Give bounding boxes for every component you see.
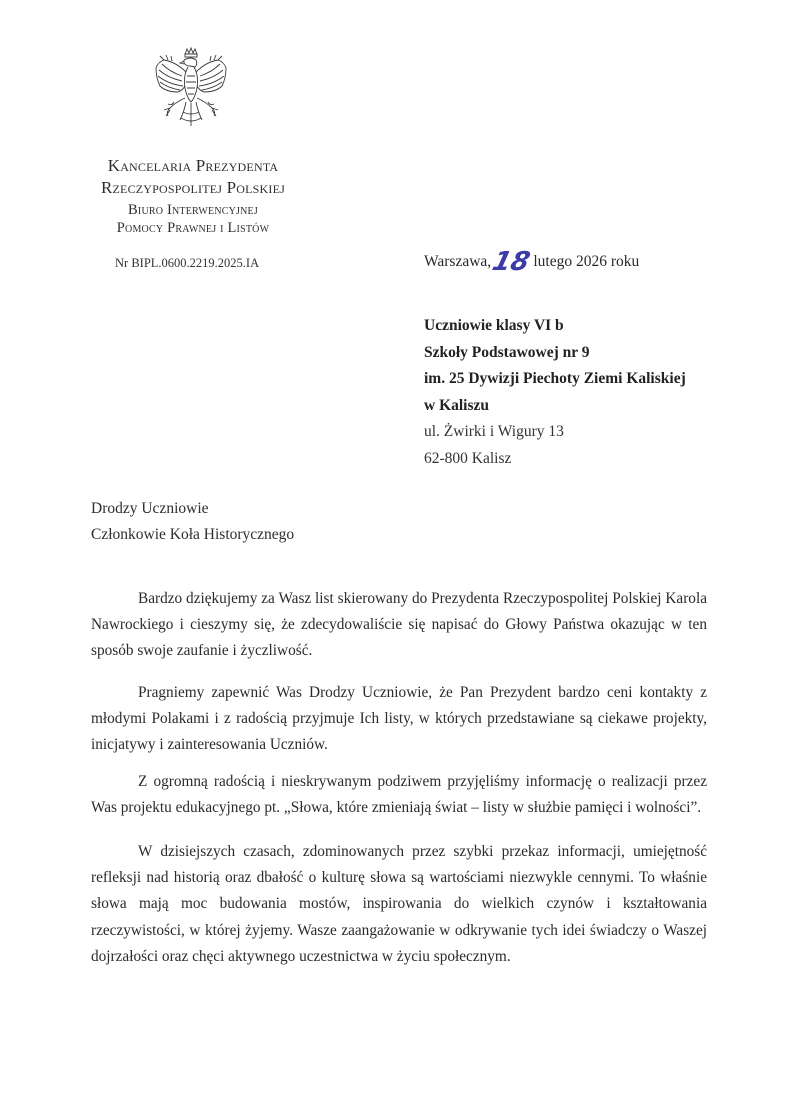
- letter-paragraph-1: Bardzo dziękujemy za Wasz list skierowan…: [91, 586, 707, 665]
- paragraph-text: W dzisiejszych czasach, zdominowanych pr…: [91, 839, 707, 970]
- letter-paragraph-2: Pragniemy zapewnić Was Drodzy Uczniowie,…: [91, 680, 707, 759]
- date-place: Warszawa,: [424, 253, 491, 270]
- letter-paragraph-3: Z ogromną radością i nieskrywanym podziw…: [91, 769, 707, 821]
- institution-name-line-1: Kancelaria Prezydenta: [70, 156, 316, 176]
- paragraph-text: Bardzo dziękujemy za Wasz list skierowan…: [91, 586, 707, 665]
- paragraph-text: Z ogromną radością i nieskrywanym podziw…: [91, 769, 707, 821]
- recipient-street: ul. Żwirki i Wigury 13: [424, 419, 686, 446]
- salutation-line: Członkowie Koła Historycznego: [91, 522, 294, 548]
- handwritten-day: 18: [492, 257, 531, 267]
- recipient-address-block: Uczniowie klasy VI b Szkoły Podstawowej …: [424, 313, 686, 472]
- polish-eagle-emblem-icon: [150, 46, 232, 138]
- date-line: Warszawa,18lutego 2026 roku: [424, 253, 639, 271]
- reference-number: Nr BIPL.0600.2219.2025.IA: [115, 256, 259, 271]
- recipient-line: Uczniowie klasy VI b: [424, 313, 686, 340]
- recipient-line: Szkoły Podstawowej nr 9: [424, 340, 686, 367]
- paragraph-text: Pragniemy zapewnić Was Drodzy Uczniowie,…: [91, 680, 707, 759]
- department-name-line-1: Biuro Interwencyjnej: [70, 202, 316, 219]
- recipient-line: w Kaliszu: [424, 393, 686, 420]
- institution-name-line-2: Rzeczypospolitej Polskiej: [70, 178, 316, 198]
- department-name-line-2: Pomocy Prawnej i Listów: [70, 220, 316, 237]
- letter-paragraph-4: W dzisiejszych czasach, zdominowanych pr…: [91, 839, 707, 970]
- salutation-line: Drodzy Uczniowie: [91, 496, 294, 522]
- recipient-line: im. 25 Dywizji Piechoty Ziemi Kaliskiej: [424, 366, 686, 393]
- salutation: Drodzy Uczniowie Członkowie Koła History…: [91, 496, 294, 548]
- recipient-postal-city: 62-800 Kalisz: [424, 446, 686, 473]
- date-rest: lutego 2026 roku: [533, 253, 639, 270]
